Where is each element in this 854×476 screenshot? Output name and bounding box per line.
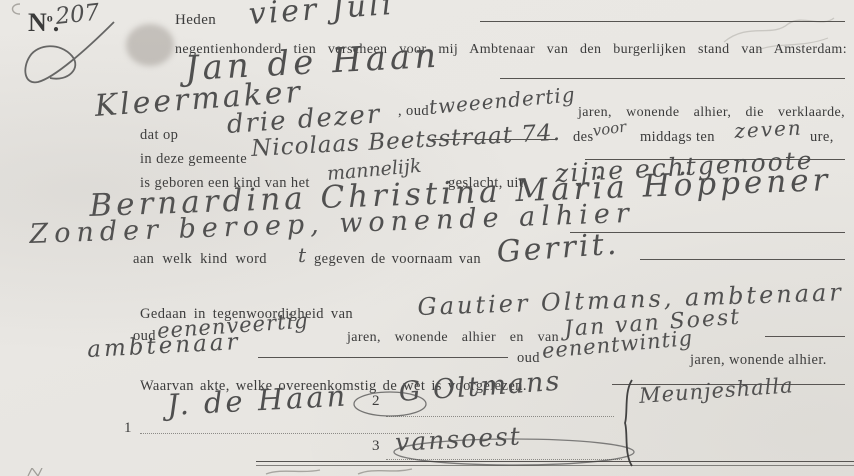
brace-flourish — [616, 378, 638, 468]
signature-registrar: Meunjeshalla — [638, 373, 794, 408]
label-oud-b: oud — [517, 350, 540, 367]
label-gegeven-voornaam: gegeven de voornaam van — [314, 251, 481, 268]
signature-index-1: 1 — [124, 420, 132, 437]
entry-daypart: voor — [591, 117, 627, 140]
label-jaren-en-van: jaren, wonende alhier en van — [347, 330, 559, 346]
entry-t-correction: t — [298, 243, 306, 267]
label-dat-op: dat op — [140, 127, 178, 144]
label-aan-welk-kind: aan welk kind word — [133, 251, 267, 268]
next-record-ghost-mark — [26, 468, 46, 476]
paraph-flourish — [16, 16, 128, 90]
label-oud: , oud — [398, 103, 429, 120]
label-ure: ure, — [810, 129, 834, 146]
label-gemeente: in deze gemeente — [140, 151, 247, 168]
entry-date: vier Juli — [248, 0, 396, 32]
entry-child-name: Gerrit. — [496, 227, 621, 270]
entry-declarant-age: tweeendertig — [428, 82, 577, 119]
fill-rule — [480, 21, 845, 22]
label-middags-ten: middags ten — [640, 129, 715, 146]
fill-rule — [258, 357, 508, 358]
signature-line-1 — [140, 433, 432, 434]
label-jaren-alhier: jaren, wonende alhier. — [690, 352, 827, 369]
label-heden: Heden — [175, 12, 216, 29]
signature-index-3: 3 — [372, 438, 380, 455]
entry-hour: zeven — [734, 115, 804, 143]
next-record-ghost-mark — [262, 466, 442, 476]
fill-rule — [765, 336, 845, 337]
record-separator-rule — [256, 461, 854, 462]
fill-rule — [640, 259, 845, 260]
corner-mark — [6, 2, 26, 18]
ink-smudge — [126, 24, 174, 66]
label-des: des — [573, 129, 594, 146]
entry-witness2-occupation: ambtenaar — [87, 329, 241, 363]
birth-certificate-scan: No. 207 Heden vier Juli negentienhonderd… — [0, 0, 854, 476]
fill-rule — [500, 78, 845, 79]
signature-witness1: G Oltmans — [398, 366, 562, 408]
